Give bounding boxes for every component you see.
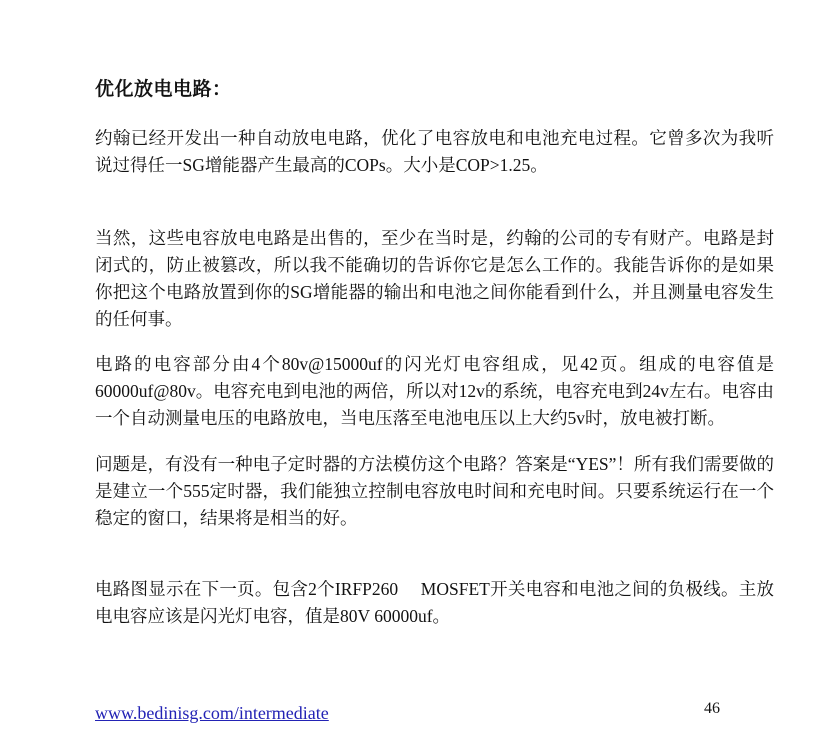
paragraph-1: 约翰已经开发出一种自动放电电路，优化了电容放电和电池充电过程。它曾多次为我听说过… — [95, 125, 774, 179]
page-title: 优化放电电路： — [95, 74, 232, 101]
paragraph-5: 电路图显示在下一页。包含2个IRFP260 MOSFET开关电容和电池之间的负极… — [95, 576, 774, 630]
document-page: 优化放电电路： 约翰已经开发出一种自动放电电路，优化了电容放电和电池充电过程。它… — [0, 0, 816, 729]
page-number: 46 — [704, 700, 720, 718]
paragraph-4: 问题是，有没有一种电子定时器的方法模仿这个电路？答案是“YES”！所有我们需要做… — [95, 451, 774, 532]
paragraph-3: 电路的电容部分由4个80v@15000uf的闪光灯电容组成，见42页。组成的电容… — [95, 351, 774, 432]
footer-url-link[interactable]: www.bedinisg.com/intermediate — [95, 703, 329, 724]
paragraph-2: 当然，这些电容放电电路是出售的，至少在当时是，约翰的公司的专有财产。电路是封闭式… — [95, 225, 774, 333]
